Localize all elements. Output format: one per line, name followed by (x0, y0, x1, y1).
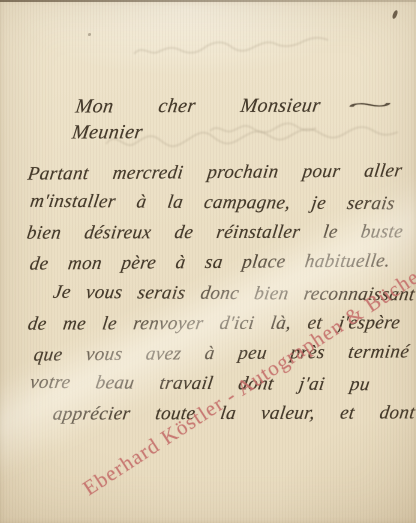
handwritten-letter-scan: Mon cher Monsieur Meunier ~ Partant merc… (0, 0, 416, 523)
scan-top-edge (0, 0, 416, 2)
scan-vignette (0, 0, 416, 523)
